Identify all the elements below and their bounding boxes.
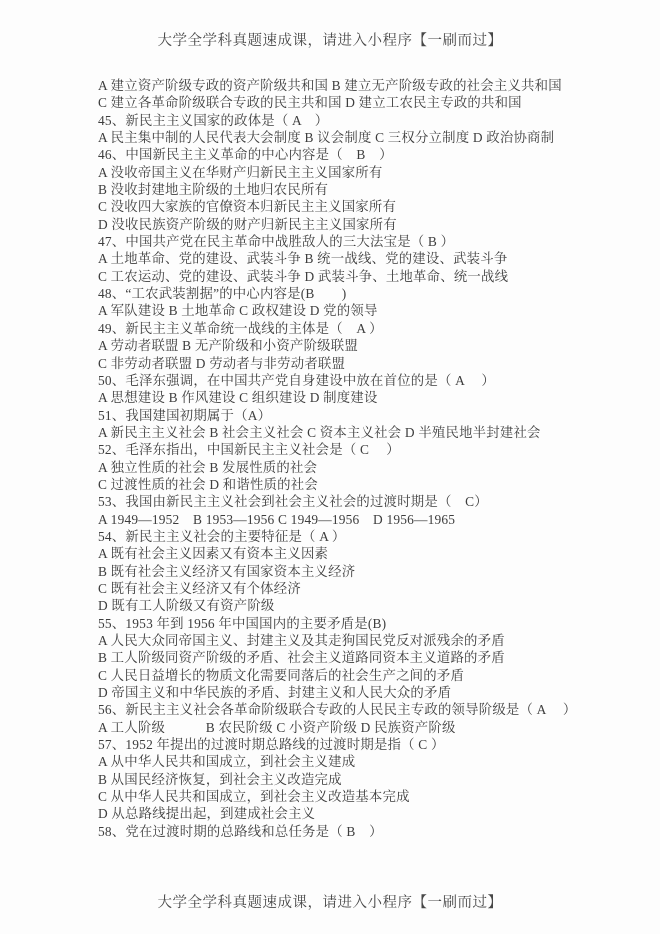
document-line: C 从中华人民共和国成立，到社会主义改造基本完成 <box>98 788 578 805</box>
document-line: 51、我国建国初期属于（A） <box>98 407 578 424</box>
document-line: A 土地革命、党的建设、武装斗争 B 统一战线、党的建设、武装斗争 <box>98 250 578 267</box>
document-line: A 既有社会主义因素又有资本主义因素 <box>98 545 578 562</box>
document-line: 50、毛泽东强调，在中国共产党自身建设中放在首位的是（ A ） <box>98 372 578 389</box>
document-line: A 建立资产阶级专政的资产阶级共和国 B 建立无产阶级专政的社会主义共和国 <box>98 77 578 94</box>
document-line: A 军队建设 B 土地革命 C 政权建设 D 党的领导 <box>98 302 578 319</box>
header-promo-text: 大学全学科真题速成课，请进入小程序【一刷而过】 <box>0 29 660 50</box>
document-line: B 既有社会主义经济又有国家资本主义经济 <box>98 563 578 580</box>
document-line: B 没收封建地主阶级的土地归农民所有 <box>98 181 578 198</box>
document-line: C 工农运动、党的建设、武装斗争 D 武装斗争、土地革命、统一战线 <box>98 268 578 285</box>
document-line: 52、毛泽东指出，中国新民主主义社会是（ C ） <box>98 441 578 458</box>
document-line: D 没收民族资产阶级的财产归新民主主义国家所有 <box>98 216 578 233</box>
document-line: A 从中华人民共和国成立，到社会主义建成 <box>98 753 578 770</box>
document-line: D 帝国主义和中华民族的矛盾、封建主义和人民大众的矛盾 <box>98 684 578 701</box>
document-line: A 劳动者联盟 B 无产阶级和小资产阶级联盟 <box>98 337 578 354</box>
document-line: A 思想建设 B 作风建设 C 组织建设 D 制度建设 <box>98 389 578 406</box>
document-line: 53、我国由新民主主义社会到社会主义社会的过渡时期是（ C） <box>98 493 578 510</box>
document-line: 58、党在过渡时期的总路线和总任务是（ B ） <box>98 823 578 840</box>
document-page: 大学全学科真题速成课，请进入小程序【一刷而过】 A 建立资产阶级专政的资产阶级共… <box>0 0 660 934</box>
document-line: D 既有工人阶级又有资产阶级 <box>98 597 578 614</box>
document-line: C 没收四大家族的官僚资本归新民主主义国家所有 <box>98 198 578 215</box>
document-line: B 从国民经济恢复，到社会主义改造完成 <box>98 771 578 788</box>
document-line: A 1949—1952 B 1953—1956 C 1949—1956 D 19… <box>98 511 578 528</box>
document-line: A 人民大众同帝国主义、封建主义及其走狗国民党反对派残余的矛盾 <box>98 632 578 649</box>
document-line: 45、新民主主义国家的政体是（ A ） <box>98 112 578 129</box>
document-line: A 民主集中制的人民代表大会制度 B 议会制度 C 三权分立制度 D 政治协商制 <box>98 129 578 146</box>
document-line: 54、新民主主义社会的主要特征是（ A ） <box>98 528 578 545</box>
document-line: A 独立性质的社会 B 发展性质的社会 <box>98 459 578 476</box>
document-line: 55、1953 年到 1956 年中国国内的主要矛盾是(B) <box>98 615 578 632</box>
document-line: C 非劳动者联盟 D 劳动者与非劳动者联盟 <box>98 355 578 372</box>
document-line: C 过渡性质的社会 D 和谐性质的社会 <box>98 476 578 493</box>
footer-promo-text: 大学全学科真题速成课，请进入小程序【一刷而过】 <box>0 891 660 912</box>
document-line: 46、中国新民主主义革命的中心内容是（ B ） <box>98 146 578 163</box>
document-body: A 建立资产阶级专政的资产阶级共和国 B 建立无产阶级专政的社会主义共和国C 建… <box>98 77 578 840</box>
document-line: 56、新民主主义社会各革命阶级联合专政的人民民主专政的领导阶级是（ A ） <box>98 701 578 718</box>
document-line: D 从总路线提出起，到建成社会主义 <box>98 805 578 822</box>
document-line: A 没收帝国主义在华财产归新民主主义国家所有 <box>98 164 578 181</box>
document-line: C 人民日益增长的物质文化需要同落后的社会生产之间的矛盾 <box>98 667 578 684</box>
document-line: A 工人阶级 B 农民阶级 C 小资产阶级 D 民族资产阶级 <box>98 719 578 736</box>
document-line: 48、“工农武装割据”的中心内容是(B ) <box>98 285 578 302</box>
document-line: C 建立各革命阶级联合专政的民主共和国 D 建立工农民主专政的共和国 <box>98 94 578 111</box>
document-line: 47、中国共产党在民主革命中战胜敌人的三大法宝是（ B ） <box>98 233 578 250</box>
document-line: 57、1952 年提出的过渡时期总路线的过渡时期是指（ C ） <box>98 736 578 753</box>
document-line: 49、新民主主义革命统一战线的主体是（ A ） <box>98 320 578 337</box>
document-line: A 新民主主义社会 B 社会主义社会 C 资本主义社会 D 半殖民地半封建社会 <box>98 424 578 441</box>
document-line: C 既有社会主义经济又有个体经济 <box>98 580 578 597</box>
document-line: B 工人阶级同资产阶级的矛盾、社会主义道路同资本主义道路的矛盾 <box>98 649 578 666</box>
